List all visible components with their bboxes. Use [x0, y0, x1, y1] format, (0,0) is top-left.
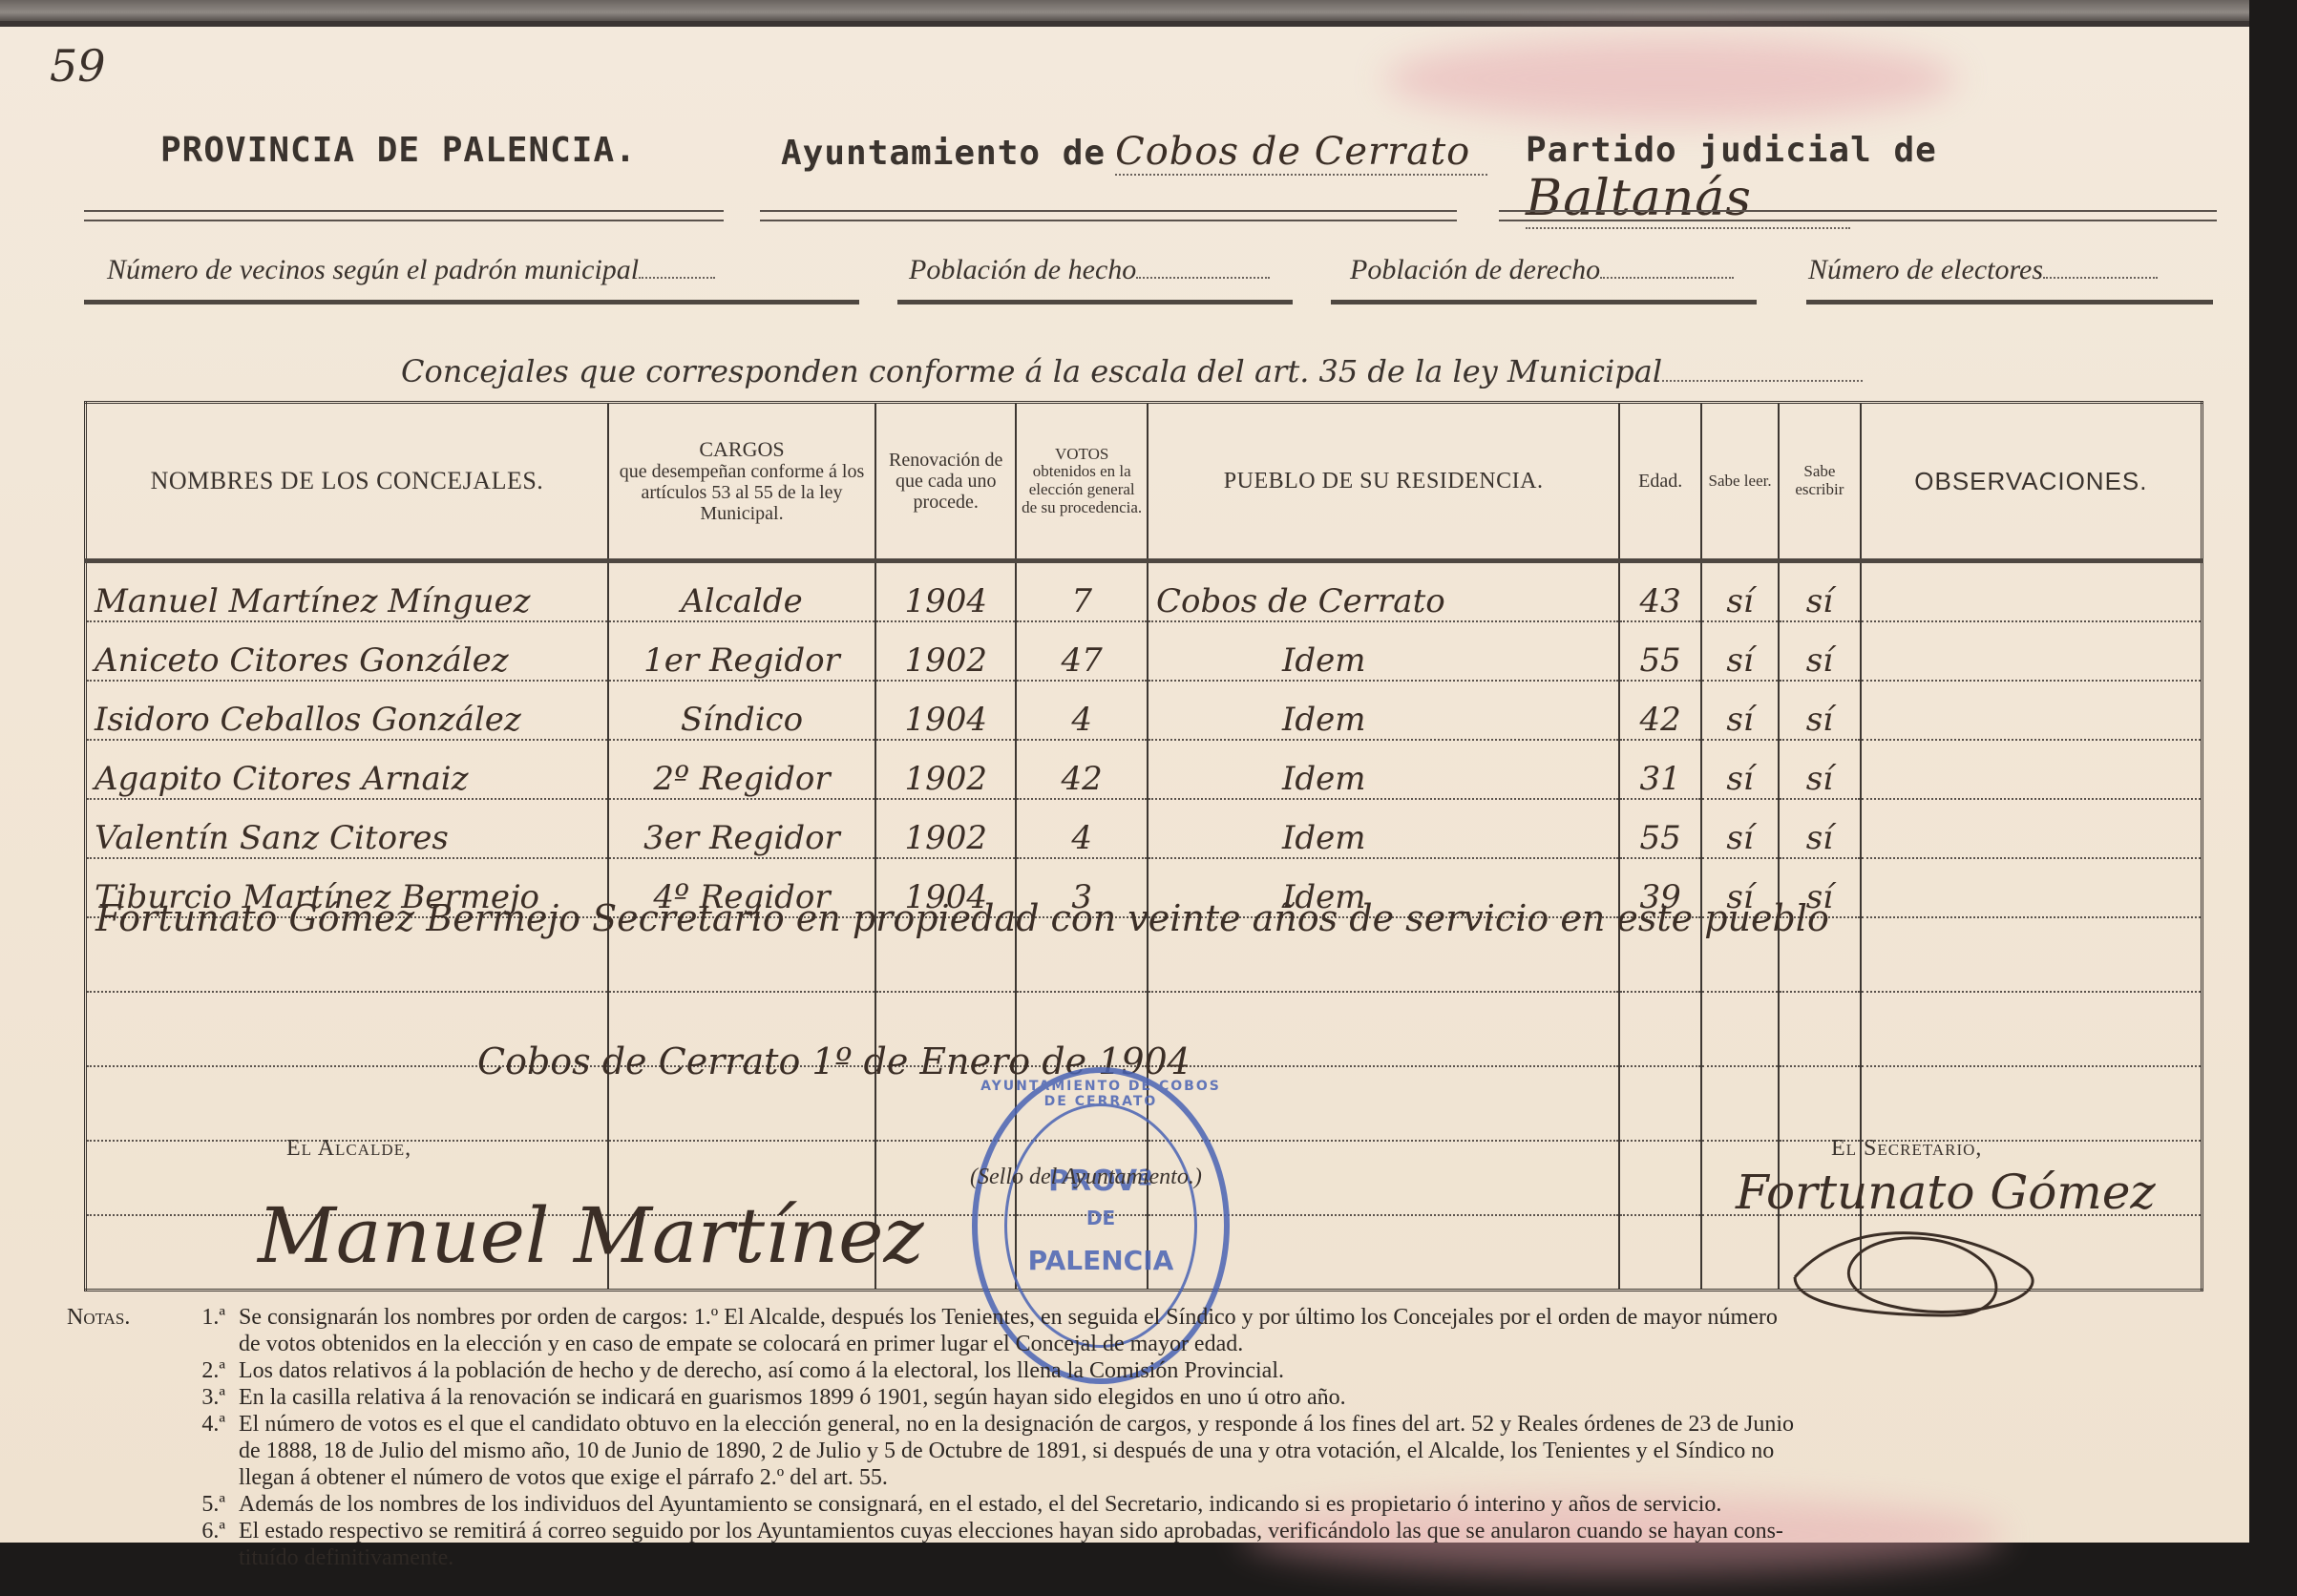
red-stain-top [1384, 36, 1957, 122]
poblacion-hecho-field: Población de hecho [909, 254, 1270, 286]
note-item: 5.ª Además de los nombres de los individ… [67, 1491, 2234, 1518]
ayuntamiento-value: Cobos de Cerrato [1115, 130, 1487, 176]
table-row: Manuel Martínez Mínguez Alcalde 1904 7 C… [86, 561, 2202, 622]
col-votos: VOTOS obtenidos en la elección general d… [1016, 403, 1148, 561]
divider [897, 300, 1293, 304]
sello-caption: (Sello del Ayuntamiento.) [970, 1165, 1202, 1190]
table-row: Aniceto Citores González 1er Regidor 190… [86, 621, 2202, 681]
col-renovacion: Renovación de que cada uno procede. [875, 403, 1016, 561]
note-item: Notas. 1.ª Se consignarán los nombres po… [67, 1304, 2234, 1331]
table-row: Valentín Sanz Citores 3er Regidor 1902 4… [86, 799, 2202, 858]
notes-section: Notas. 1.ª Se consignarán los nombres po… [67, 1304, 2234, 1571]
col-sabe-leer: Sabe leer. [1701, 403, 1779, 561]
provincia-heading: PROVINCIA DE PALENCIA. [160, 130, 637, 170]
folio-number: 59 [50, 40, 106, 92]
divider [1331, 300, 1757, 304]
divider [760, 210, 1457, 221]
document-page: 59 PROVINCIA DE PALENCIA. Ayuntamiento d… [0, 21, 2249, 1543]
divider [1806, 300, 2213, 304]
poblacion-derecho-field: Población de derecho [1350, 254, 1734, 286]
note-item: 4.ª El número de votos es el que el cand… [67, 1411, 2234, 1438]
col-nombres: NOMBRES DE LOS CONCEJALES. [86, 403, 608, 561]
note-item: 2.ª Los datos relativos á la población d… [67, 1357, 2234, 1384]
divider [1499, 210, 2217, 221]
alcalde-label: El Alcalde, [286, 1136, 411, 1162]
alcalde-signature: Manuel Martínez [258, 1191, 924, 1280]
col-observaciones: OBSERVACIONES. [1861, 403, 2202, 561]
col-edad: Edad. [1619, 403, 1701, 561]
electores-field: Número de electores [1808, 254, 2158, 286]
table-header-row: NOMBRES DE LOS CONCEJALES. CARGOS que de… [86, 403, 2202, 561]
secretary-entry: Fortunato Gómez Bermejo Secretario en pr… [95, 897, 1829, 939]
ayuntamiento-field: Ayuntamiento de Cobos de Cerrato [781, 130, 1487, 176]
table-row: Isidoro Ceballos González Síndico 1904 4… [86, 681, 2202, 740]
book-edge-shadow [2249, 0, 2297, 1596]
hecho-value [1136, 277, 1270, 279]
divider [84, 210, 724, 221]
divider [84, 300, 859, 304]
electores-value [2043, 277, 2158, 279]
col-pueblo: PUEBLO DE SU RESIDENCIA. [1148, 403, 1619, 561]
note-item: 3.ª En la casilla relativa á la renovaci… [67, 1384, 2234, 1411]
vecinos-field: Número de vecinos según el padrón munici… [107, 254, 715, 286]
derecho-value [1600, 277, 1734, 279]
secretario-signature: Fortunato Gómez [1736, 1165, 2156, 1220]
col-sabe-escribir: Sabe escribir [1779, 403, 1861, 561]
vecinos-value [639, 277, 715, 279]
secretario-label: El Secretario, [1831, 1136, 1982, 1162]
note-item: 6.ª El estado respectivo se remitirá á c… [67, 1518, 2234, 1544]
table-row: Agapito Citores Arnaiz 2º Regidor 1902 4… [86, 740, 2202, 799]
col-cargos: CARGOS que desempeñan conforme á los art… [608, 403, 875, 561]
concejales-escala-line: Concejales que corresponden conforme á l… [401, 353, 1863, 389]
